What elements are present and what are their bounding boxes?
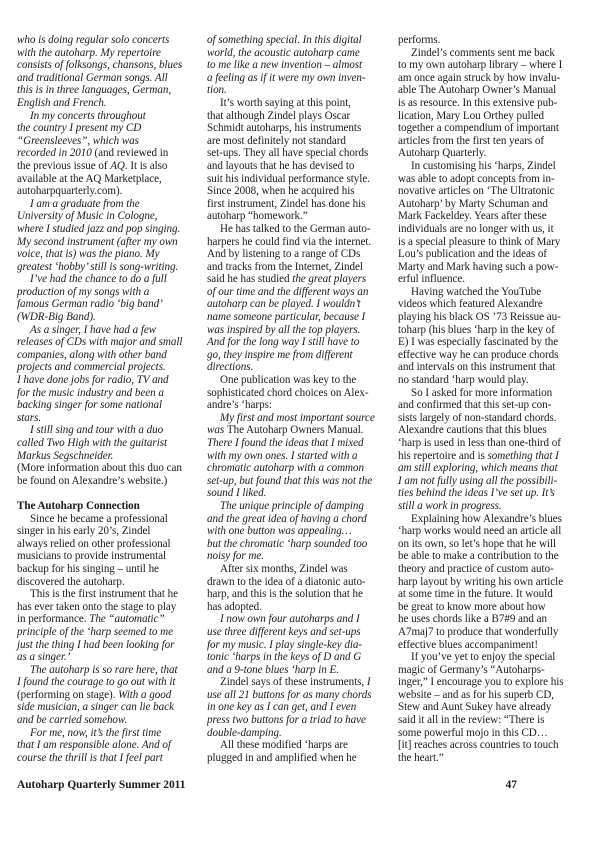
italic-text: . bbox=[361, 424, 364, 436]
italic-text: consists of folksongs, chansons, blues bbox=[17, 59, 182, 71]
text-line: principle of the ‘harp seemed to me bbox=[17, 626, 197, 639]
text-line: am once again struck by how invalu- bbox=[398, 72, 584, 85]
text-run: After six months, Zindel was bbox=[220, 563, 348, 575]
italic-text: principle of the ‘harp seemed to me bbox=[17, 626, 173, 638]
text-run: So I asked for more information bbox=[411, 387, 552, 399]
text-line: in one key as I can get, and I even bbox=[207, 701, 390, 714]
text-run: (performing on stage). bbox=[17, 689, 118, 701]
text-line: for the music industry and been a bbox=[17, 387, 197, 400]
text-run: A7maj7 to produce that wonderfully bbox=[398, 626, 558, 638]
text-run: Alexandre cautions that this blues bbox=[398, 424, 547, 436]
text-line: use three different keys and set-ups bbox=[207, 626, 390, 639]
text-line: are most definitely not standard bbox=[207, 135, 390, 148]
text-run: videos which featured Alexandre bbox=[398, 298, 543, 310]
italic-text: With a good bbox=[118, 689, 171, 701]
italic-text: in one key as I can get, and I even bbox=[207, 701, 356, 713]
text-line: plugged in and amplified when he bbox=[207, 752, 390, 765]
text-line: called Two High with the guitarist bbox=[17, 437, 197, 450]
italic-text: course the thrill is that I feel part bbox=[17, 752, 163, 764]
italic-text: Markus Segschneider. bbox=[17, 450, 113, 462]
text-line: There I found the ideas that I mixed bbox=[207, 437, 390, 450]
text-line: with one button was appealing… bbox=[207, 525, 390, 538]
italic-text: go, they inspire me from different bbox=[207, 349, 353, 361]
italic-text: that I am responsible alone. And of bbox=[17, 739, 171, 751]
text-line: All these modified ‘harps are bbox=[207, 739, 390, 752]
italic-text: as a singer.’ bbox=[17, 651, 70, 663]
italic-text: University of Music in Cologne, bbox=[17, 210, 158, 222]
italic-text: My second instrument (after my own bbox=[17, 236, 178, 248]
text-line: go, they inspire me from different bbox=[207, 349, 390, 362]
text-run: his repertoire and is bbox=[398, 450, 487, 462]
text-line: autoharpquarterly.com). bbox=[17, 185, 197, 198]
italic-text: As a singer, I have had a few bbox=[30, 324, 156, 336]
italic-text: The autoharp is so rare here, that bbox=[30, 664, 178, 676]
text-line: directions. bbox=[207, 361, 390, 374]
text-run: It’s worth saying at this point, bbox=[220, 97, 351, 109]
text-run: novative articles on ‘The Ultratonic bbox=[398, 185, 555, 197]
text-line: was able to adopt concepts from in- bbox=[398, 173, 584, 186]
text-line: and tracks from the Internet, Zindel bbox=[207, 261, 390, 274]
text-line: Explaining how Alexandre’s blues bbox=[398, 513, 584, 526]
text-line: use all 21 buttons for as many chords bbox=[207, 689, 390, 702]
italic-text: I bbox=[367, 676, 371, 688]
text-line: novative articles on ‘The Ultratonic bbox=[398, 185, 584, 198]
italic-text: I’ve had the chance to do a full bbox=[30, 273, 167, 285]
italic-text: voice, that is) was the piano. My bbox=[17, 248, 160, 260]
italic-text: double-damping. bbox=[207, 727, 282, 739]
text-line: production of my songs with a bbox=[17, 286, 197, 299]
text-line: articles from the first ten years of bbox=[398, 135, 584, 148]
text-line: able The Autoharp Owner’s Manual bbox=[398, 84, 584, 97]
text-line: autoharp “homework.” bbox=[207, 210, 390, 223]
text-run: plugged in and amplified when he bbox=[207, 752, 357, 764]
text-line: always relied on other professional bbox=[17, 538, 197, 551]
text-line: for my music. I play single-key dia- bbox=[207, 639, 390, 652]
text-run: first instrument, Zindel has done his bbox=[207, 198, 365, 210]
text-line: I have done jobs for radio, TV and bbox=[17, 374, 197, 387]
text-line: and traditional German songs. All bbox=[17, 72, 197, 85]
text-line: greatest ‘hobby’ still is song-writing. bbox=[17, 261, 197, 274]
text-run: effective way he can produce chords bbox=[398, 349, 558, 361]
text-line: said it all in the review: “There is bbox=[398, 714, 584, 727]
italic-text: and be carried somehow. bbox=[17, 714, 127, 726]
text-line: E) I was especially fascinated by the bbox=[398, 336, 584, 349]
italic-text: tion. bbox=[207, 84, 227, 96]
text-line: backing singer for some national bbox=[17, 399, 197, 412]
text-run: Explaining how Alexandre’s blues bbox=[411, 513, 562, 525]
text-run: All these modified ‘harps are bbox=[220, 739, 348, 751]
text-run: Autoharp’ by Marty Schuman and bbox=[398, 198, 548, 210]
text-line: suit his individual performance style. bbox=[207, 173, 390, 186]
italic-text: press two buttons for a triad to have bbox=[207, 714, 366, 726]
text-run: . It is also bbox=[125, 160, 168, 172]
text-line: side musician, a singer can lie back bbox=[17, 701, 197, 714]
text-line: ties behind the ideas I’ve set up. It’s bbox=[398, 487, 584, 500]
text-line: Marty and Mark having such a pow- bbox=[398, 261, 584, 274]
text-line: andre’s ‘harps: bbox=[207, 399, 390, 412]
text-line: discovered the autoharp. bbox=[17, 576, 197, 589]
italic-text: something that I bbox=[487, 450, 558, 462]
text-run: andre’s ‘harps: bbox=[207, 399, 272, 411]
text-line: first instrument, Zindel has done his bbox=[207, 198, 390, 211]
italic-text: where I studied jazz and pop singing. bbox=[17, 223, 180, 235]
italic-text: for my music. I play single-key dia- bbox=[207, 639, 362, 651]
text-line: “Greensleeves”, which was bbox=[17, 135, 197, 148]
text-run: on its own, so let’s hope that he will bbox=[398, 538, 556, 550]
column-left: who is doing regular solo concertswith t… bbox=[17, 34, 197, 764]
text-line: as a singer.’ bbox=[17, 651, 197, 664]
text-run: playing his black OS ’73 Reissue au- bbox=[398, 311, 561, 323]
text-line: He has talked to the German auto- bbox=[207, 223, 390, 236]
text-line: with my own ones. I started with a bbox=[207, 450, 390, 463]
text-line: consists of folksongs, chansons, blues bbox=[17, 59, 197, 72]
italic-text: I still sing and tour with a duo bbox=[30, 424, 163, 436]
text-run: harp, and this is the solution that he bbox=[207, 588, 363, 600]
text-line: One publication was key to the bbox=[207, 374, 390, 387]
text-run: If you’ve yet to enjoy the special bbox=[411, 651, 555, 663]
text-run: able The Autoharp Owner’s Manual bbox=[398, 84, 556, 96]
text-run: has ever taken onto the stage to play bbox=[17, 601, 176, 613]
italic-text: was inspired by all the top players. bbox=[207, 324, 360, 336]
italic-text: a feeling as if it were my own inven- bbox=[207, 72, 366, 84]
italic-text: of something special. In this digital bbox=[207, 34, 362, 46]
text-run: Having watched the YouTube bbox=[411, 286, 541, 298]
text-run: at some time in the future. It would bbox=[398, 588, 553, 600]
text-run: be great to know more about how bbox=[398, 601, 546, 613]
text-line: of our time and the different ways an bbox=[207, 286, 390, 299]
text-line: [it] reaches across countries to touch bbox=[398, 739, 584, 752]
text-run: autoharp “homework.” bbox=[207, 210, 308, 222]
text-line: harp, and this is the solution that he bbox=[207, 588, 390, 601]
italic-text: was bbox=[207, 424, 227, 436]
italic-text: chromatic autoharp with a common bbox=[207, 462, 364, 474]
text-line: Since he became a professional bbox=[17, 513, 197, 526]
text-line: of something special. In this digital bbox=[207, 34, 390, 47]
text-run: autoharpquarterly.com). bbox=[17, 185, 122, 197]
italic-text: use three different keys and set-ups bbox=[207, 626, 361, 638]
text-run: sophisticated chord choices on Alex- bbox=[207, 387, 368, 399]
text-line: In my concerts throughout bbox=[17, 110, 197, 123]
text-line: and a 9-tone blues ‘harp in E. bbox=[207, 664, 390, 677]
text-line: that although Zindel plays Oscar bbox=[207, 110, 390, 123]
italic-text: For me, now, it’s the first time bbox=[30, 727, 161, 739]
italic-text: just the thing I had been looking for bbox=[17, 639, 174, 651]
text-line: where I studied jazz and pop singing. bbox=[17, 223, 197, 236]
italic-text: production of my songs with a bbox=[17, 286, 149, 298]
text-line: tion. bbox=[207, 84, 390, 97]
text-line: is as resource. In this extensive pub- bbox=[398, 97, 584, 110]
text-line: set-ups. They all have special chords bbox=[207, 147, 390, 160]
text-run: Zindel’s comments sent me back bbox=[411, 47, 555, 59]
text-run: He has talked to the German auto- bbox=[220, 223, 371, 235]
italic-text: And for the long way I still have to bbox=[207, 336, 359, 348]
text-line: the heart.” bbox=[398, 752, 584, 765]
text-line: and the great idea of having a chord bbox=[207, 513, 390, 526]
text-line: And for the long way I still have to bbox=[207, 336, 390, 349]
text-run: Since he became a professional bbox=[30, 513, 168, 525]
text-line: said he has studied the great players bbox=[207, 273, 390, 286]
text-line: harp layout by writing his own article bbox=[398, 576, 584, 589]
text-line: Lou’s publication and the ideas of bbox=[398, 248, 584, 261]
text-line: After six months, Zindel was bbox=[207, 563, 390, 576]
text-run: he uses chords like a B7#9 and an bbox=[398, 613, 547, 625]
text-run: articles from the first ten years of bbox=[398, 135, 544, 147]
italic-text: side musician, a singer can lie back bbox=[17, 701, 174, 713]
italic-text: ties behind the ideas I’ve set up. It’s bbox=[398, 487, 555, 499]
text-line: ‘harp is used in less than one-third of bbox=[398, 437, 584, 450]
text-line: this is in three languages, German, bbox=[17, 84, 197, 97]
text-run: theory and practice of custom auto- bbox=[398, 563, 554, 575]
text-line: musicians to provide instrumental bbox=[17, 550, 197, 563]
text-line: just the thing I had been looking for bbox=[17, 639, 197, 652]
text-run: (More information about this duo can bbox=[17, 462, 182, 474]
text-line: Zindel says of these instruments, I bbox=[207, 676, 390, 689]
text-line: theory and practice of custom auto- bbox=[398, 563, 584, 576]
text-line: ‘harp works would need an article all bbox=[398, 525, 584, 538]
text-run: Stew and Aunt Sukey have already bbox=[398, 701, 551, 713]
italic-text: directions. bbox=[207, 361, 253, 373]
text-line: I now own four autoharps and I bbox=[207, 613, 390, 626]
text-run: ‘harp works would need an article all bbox=[398, 525, 561, 537]
text-line: drawn to the idea of a diatonic auto- bbox=[207, 576, 390, 589]
text-line: his repertoire and is something that I bbox=[398, 450, 584, 463]
text-run: available at the AQ Marketplace, bbox=[17, 173, 162, 185]
italic-text: with my own ones. I started with a bbox=[207, 450, 358, 462]
text-line: Autoharp’ by Marty Schuman and bbox=[398, 198, 584, 211]
text-line: the previous issue of AQ. It is also bbox=[17, 160, 197, 173]
italic-text: My first and most important source bbox=[220, 412, 375, 424]
italic-text: I am not fully using all the possibili- bbox=[398, 475, 557, 487]
text-run: be able to make a contribution to the bbox=[398, 550, 559, 562]
text-line: It’s worth saying at this point, bbox=[207, 97, 390, 110]
text-line: has adopted. bbox=[207, 601, 390, 614]
footer-publication: Autoharp Quarterly Summer 2011 bbox=[17, 779, 185, 792]
text-run: to my own autoharp library – where I bbox=[398, 59, 562, 71]
italic-text: who is doing regular solo concerts bbox=[17, 34, 169, 46]
italic-text: but the chromatic ‘harp sounded too bbox=[207, 538, 367, 550]
text-run: (and reviewed in bbox=[92, 147, 168, 159]
text-line: toharp (his blues ‘harp in the key of bbox=[398, 324, 584, 337]
italic-text: called Two High with the guitarist bbox=[17, 437, 167, 449]
text-run: was able to adopt concepts from in- bbox=[398, 173, 555, 185]
text-run: Schmidt autoharps, his instruments bbox=[207, 122, 361, 134]
text-run: Lou’s publication and the ideas of bbox=[398, 248, 547, 260]
text-line: recorded in 2010 (and reviewed in bbox=[17, 147, 197, 160]
text-line: Zindel’s comments sent me back bbox=[398, 47, 584, 60]
text-line: and be carried somehow. bbox=[17, 714, 197, 727]
text-line: but the chromatic ‘harp sounded too bbox=[207, 538, 390, 551]
text-line: This is the first instrument that he bbox=[17, 588, 197, 601]
italic-text: releases of CDs with major and small bbox=[17, 336, 182, 348]
italic-text: sound I liked. bbox=[207, 487, 266, 499]
text-line: The unique principle of damping bbox=[207, 500, 390, 513]
text-line: voice, that is) was the piano. My bbox=[17, 248, 197, 261]
text-line: and intervals on this instrument that bbox=[398, 361, 584, 374]
italic-text: The “automatic” bbox=[89, 613, 164, 625]
text-line: (More information about this duo can bbox=[17, 462, 197, 475]
text-run: Mark Fackeldey. Years after these bbox=[398, 210, 547, 222]
text-run: performs. bbox=[398, 34, 440, 46]
text-line: In customising his ‘harps, Zindel bbox=[398, 160, 584, 173]
text-run: has adopted. bbox=[207, 601, 262, 613]
text-run: magic of Germany’s “Autoharps- bbox=[398, 664, 545, 676]
text-line: For me, now, it’s the first time bbox=[17, 727, 197, 740]
italic-text: AQ bbox=[110, 160, 125, 172]
italic-text: The unique principle of damping bbox=[220, 500, 364, 512]
text-line: I still sing and tour with a duo bbox=[17, 424, 197, 437]
text-line: harpers he could find via the internet. bbox=[207, 236, 390, 249]
italic-text: I found the courage to go out with it bbox=[17, 676, 175, 688]
text-line: some powerful mojo in this CD… bbox=[398, 727, 584, 740]
italic-text: noisy for me. bbox=[207, 550, 264, 562]
text-line: I am not fully using all the possibili- bbox=[398, 475, 584, 488]
text-line: performs. bbox=[398, 34, 584, 47]
text-line: stars. bbox=[17, 412, 197, 425]
text-run: singer in his early 20’s, Zindel bbox=[17, 525, 150, 537]
text-run: together a compendium of important bbox=[398, 122, 559, 134]
text-line: world, the acoustic autoharp came bbox=[207, 47, 390, 60]
text-line: I found the courage to go out with it bbox=[17, 676, 197, 689]
italic-text: famous German radio ‘big band’ bbox=[17, 298, 163, 310]
text-line: My first and most important source bbox=[207, 412, 390, 425]
text-line: who is doing regular solo concerts bbox=[17, 34, 197, 47]
text-run: erful influence. bbox=[398, 273, 465, 285]
text-line: at some time in the future. It would bbox=[398, 588, 584, 601]
text-run: harpers he could find via the internet. bbox=[207, 236, 371, 248]
text-line: Stew and Aunt Sukey have already bbox=[398, 701, 584, 714]
text-line: Markus Segschneider. bbox=[17, 450, 197, 463]
text-line: to my own autoharp library – where I bbox=[398, 59, 584, 72]
text-line: projects and commercial projects. bbox=[17, 361, 197, 374]
text-run: The Autoharp Owners Manual bbox=[227, 424, 361, 436]
page-number: 47 bbox=[506, 779, 517, 792]
text-line: with the autoharp. My repertoire bbox=[17, 47, 197, 60]
text-line: tonic ‘harps in the keys of D and G bbox=[207, 651, 390, 664]
text-line: magic of Germany’s “Autoharps- bbox=[398, 664, 584, 677]
text-line: As a singer, I have had a few bbox=[17, 324, 197, 337]
text-line: chromatic autoharp with a common bbox=[207, 462, 390, 475]
text-line: A7maj7 to produce that wonderfully bbox=[398, 626, 584, 639]
text-line: And by listening to a range of CDs bbox=[207, 248, 390, 261]
text-run: are most definitely not standard bbox=[207, 135, 346, 147]
text-line: releases of CDs with major and small bbox=[17, 336, 197, 349]
text-line: Mark Fackeldey. Years after these bbox=[398, 210, 584, 223]
text-line: University of Music in Cologne, bbox=[17, 210, 197, 223]
italic-text: “Greensleeves”, which was bbox=[17, 135, 139, 147]
text-line: that I am responsible alone. And of bbox=[17, 739, 197, 752]
text-line: available at the AQ Marketplace, bbox=[17, 173, 197, 186]
italic-text: with the autoharp. My repertoire bbox=[17, 47, 161, 59]
text-line: website – and as for his superb CD, bbox=[398, 689, 584, 702]
text-line: erful influence. bbox=[398, 273, 584, 286]
text-line: to me like a new invention – almost bbox=[207, 59, 390, 72]
text-run: And by listening to a range of CDs bbox=[207, 248, 360, 260]
text-run: is a special pleasure to think of Mary bbox=[398, 236, 560, 248]
text-run: am once again struck by how invalu- bbox=[398, 72, 560, 84]
text-run: This is the first instrument that he bbox=[30, 588, 178, 600]
text-line: playing his black OS ’73 Reissue au- bbox=[398, 311, 584, 324]
text-run: The Autoharp Connection bbox=[17, 500, 140, 512]
text-run: the heart.” bbox=[398, 752, 444, 764]
text-run: sists largely of non-standard chords. bbox=[398, 412, 556, 424]
text-run: always relied on other professional bbox=[17, 538, 171, 550]
column-middle: of something special. In this digitalwor… bbox=[207, 34, 390, 764]
text-line: The autoharp is so rare here, that bbox=[17, 664, 197, 677]
italic-text: tonic ‘harps in the keys of D and G bbox=[207, 651, 361, 663]
text-line: Autoharp Quarterly. bbox=[398, 147, 584, 160]
italic-text: am still exploring, which means that bbox=[398, 462, 558, 474]
text-line: double-damping. bbox=[207, 727, 390, 740]
text-line: individuals are no longer with us, it bbox=[398, 223, 584, 236]
italic-text: and the great idea of having a chord bbox=[207, 513, 367, 525]
italic-text: There I found the ideas that I mixed bbox=[207, 437, 363, 449]
italic-text: I now own four autoharps and I bbox=[220, 613, 360, 625]
text-run: [it] reaches across countries to touch bbox=[398, 739, 558, 751]
text-line: has ever taken onto the stage to play bbox=[17, 601, 197, 614]
text-run: discovered the autoharp. bbox=[17, 576, 125, 588]
column-right: performs.Zindel’s comments sent me backt… bbox=[398, 34, 584, 764]
text-line: effective way he can produce chords bbox=[398, 349, 584, 362]
text-line: be found on Alexandre’s website.) bbox=[17, 475, 197, 488]
text-line: course the thrill is that I feel part bbox=[17, 752, 197, 765]
text-run: is as resource. In this extensive pub- bbox=[398, 97, 557, 109]
text-line: on its own, so let’s hope that he will bbox=[398, 538, 584, 551]
text-line: sists largely of non-standard chords. bbox=[398, 412, 584, 425]
italic-text: and a 9-tone blues ‘harp in E. bbox=[207, 664, 339, 676]
text-run: musicians to provide instrumental bbox=[17, 550, 166, 562]
text-line: lication, Mary Lou Orthey pulled bbox=[398, 110, 584, 123]
text-run: that although Zindel plays Oscar bbox=[207, 110, 350, 122]
italic-text: still a work in progress. bbox=[398, 500, 502, 512]
text-run: E) I was especially fascinated by the bbox=[398, 336, 558, 348]
text-run: Since 2008, when he acquired his bbox=[207, 185, 355, 197]
text-line: and layouts that he has devised to bbox=[207, 160, 390, 173]
italic-text: with one button was appealing… bbox=[207, 525, 352, 537]
text-line: noisy for me. bbox=[207, 550, 390, 563]
text-line: still a work in progress. bbox=[398, 500, 584, 513]
text-run: inger,” I encourage you to explore his bbox=[398, 676, 564, 688]
text-run: lication, Mary Lou Orthey pulled bbox=[398, 110, 544, 122]
text-run: said he has studied bbox=[207, 273, 292, 285]
italic-text: I have done jobs for radio, TV and bbox=[17, 374, 169, 386]
italic-text: recorded in 2010 bbox=[17, 147, 92, 159]
text-run: and tracks from the Internet, Zindel bbox=[207, 261, 363, 273]
text-line: no standard ‘harp would play. bbox=[398, 374, 584, 387]
italic-text: companies, along with other band bbox=[17, 349, 167, 361]
text-run: Autoharp Quarterly. bbox=[398, 147, 486, 159]
text-line: be able to make a contribution to the bbox=[398, 550, 584, 563]
text-line: English and French. bbox=[17, 97, 197, 110]
text-line: Since 2008, when he acquired his bbox=[207, 185, 390, 198]
text-line: famous German radio ‘big band’ bbox=[17, 298, 197, 311]
text-line: autoharp can be played. I wouldn’t bbox=[207, 298, 390, 311]
italic-text: set-up, but found that this was not the bbox=[207, 475, 372, 487]
text-run: effective blues accompaniment! bbox=[398, 639, 538, 651]
italic-text: In my concerts throughout bbox=[30, 110, 146, 122]
text-line: If you’ve yet to enjoy the special bbox=[398, 651, 584, 664]
text-line: set-up, but found that this was not the bbox=[207, 475, 390, 488]
text-line: Alexandre cautions that this blues bbox=[398, 424, 584, 437]
italic-text: projects and commercial projects. bbox=[17, 361, 166, 373]
text-run: in performance. bbox=[17, 613, 89, 625]
text-line: press two buttons for a triad to have bbox=[207, 714, 390, 727]
text-run: toharp (his blues ‘harp in the key of bbox=[398, 324, 555, 336]
text-run: the previous issue of bbox=[17, 160, 110, 172]
text-line: is a special pleasure to think of Mary bbox=[398, 236, 584, 249]
text-run: One publication was key to the bbox=[220, 374, 356, 386]
text-run: Zindel says of these instruments, bbox=[220, 676, 367, 688]
text-line: (performing on stage). With a good bbox=[17, 689, 197, 702]
